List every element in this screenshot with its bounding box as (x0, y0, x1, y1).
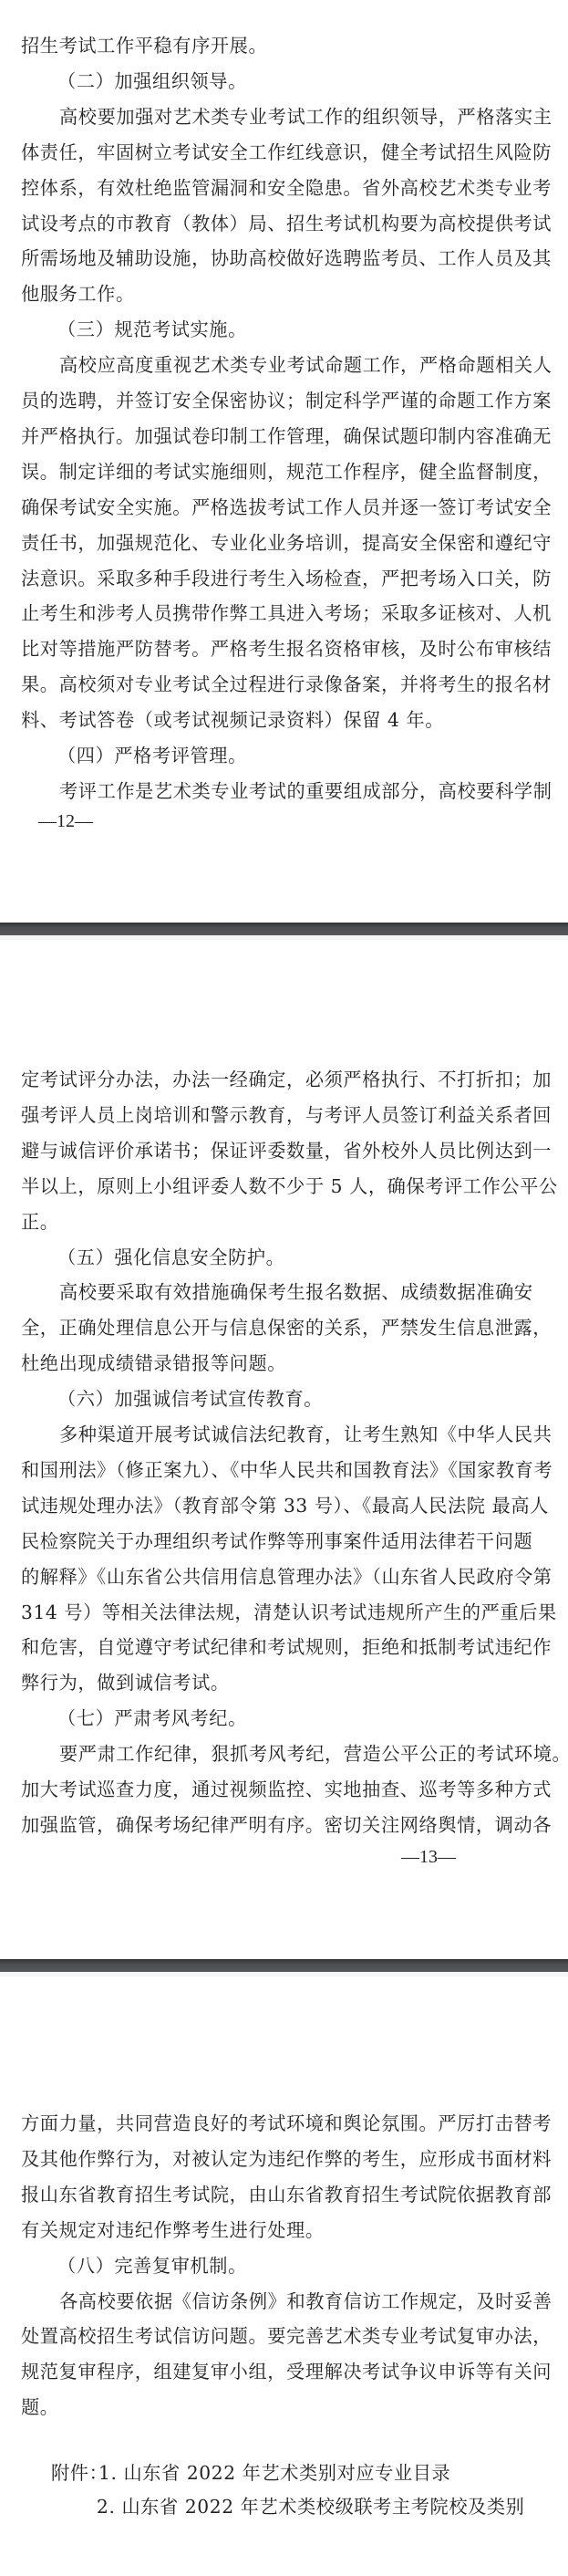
paragraph-line: 半以上，原则上小组评委人数不少于 5 人，确保考评工作公平公 (21, 1175, 558, 1197)
paragraph-line: 比对等措施严防替考。严格考生报名资格审核，及时公布审核结 (21, 638, 552, 660)
paragraph-line: 料、考试答卷（或考试视频记录资料）保留 4 年。 (21, 709, 444, 731)
paragraph-line: 及其他作弊行为，对被认定为违纪作弊的考生，应形成书面材料 (21, 2148, 552, 2170)
page-separator (0, 923, 568, 935)
paragraph-line: 有关规定对违纪作弊考生进行处理。 (21, 2219, 325, 2241)
paragraph-line: 避与诚信评价承诺书；保证评委数量，省外校外人员比例达到一 (21, 1140, 552, 1162)
paragraph-line: 全，正确处理信息公开与信息保密的关系，严禁发生信息泄露， (21, 1317, 552, 1339)
paragraph-line: 处置高校招生考试信访问题。要完善艺术类专业考试复审办法， (21, 2325, 552, 2347)
paragraph-line: 考评工作是艺术类专业考试的重要组成部分，高校要科学制 (59, 780, 552, 802)
paragraph-line: 果。高校须对专业考试全过程进行录像备案，并将考生的报名材 (21, 673, 552, 695)
paragraph-line: 所需场地及辅助设施，协助高校做好选聘监考员、工作人员及其 (21, 247, 552, 269)
paragraph-line: 招生考试工作平稳有序开展。 (21, 35, 267, 57)
page-12: 招生考试工作平稳有序开展。（二）加强组织领导。高校要加强对艺术类专业考试工作的组… (0, 0, 568, 923)
section-heading: （二）加强组织领导。 (57, 70, 247, 92)
paragraph-line: 各高校要依据《信访条例》和教育信访工作规定，及时妥善 (59, 2290, 552, 2312)
paragraph-line: 体责任，牢固树立考试安全工作红线意识，健全考试招生风险防 (21, 141, 552, 163)
paragraph-line: 止考生和涉考人员携带作弊工具进入考场；采取多证核对、人机 (21, 602, 552, 624)
paragraph-line: 高校应高度重视艺术类专业考试命题工作，严格命题相关人 (59, 354, 552, 376)
paragraph-line: 强考评人员上岗培训和警示教育，与考评人员签订利益关系者回 (21, 1104, 552, 1126)
page-number: —12— (38, 810, 93, 832)
page-separator (0, 1959, 568, 1972)
paragraph-line: 试设考点的市教育（教体）局、招生考试机构要为高校提供考试 (21, 213, 552, 235)
paragraph-line: 并严格执行。加强试卷印制工作管理，确保试题印制内容准确无 (21, 425, 552, 447)
paragraph-line: 弊行为，做到诚信考试。 (21, 1672, 230, 1694)
paragraph-line: 控体系，有效杜绝监管漏洞和安全隐患。省外高校艺术类专业考 (21, 177, 552, 199)
page-13: 定考试评分办法，办法一经确定，必须严格执行、不打折扣；加强考评人员上岗培训和警示… (0, 940, 568, 1959)
section-heading: （四）严格考评管理。 (57, 745, 247, 767)
paragraph-line: 多种渠道开展考试诚信法纪教育，让考生熟知《中华人民共 (59, 1424, 552, 1445)
section-heading: （五）强化信息安全防护。 (57, 1246, 284, 1268)
section-heading: （八）完善复审机制。 (57, 2255, 247, 2277)
paragraph-line: 加强监管，确保考场纪律严明有序。密切关注网络舆情，调动各 (21, 1814, 552, 1836)
paragraph-line: 的解释》《山东省公共信用信息管理办法》（山东省人民政府令第 (21, 1566, 553, 1588)
page-14: 方面力量，共同营造良好的考试环境和舆论氛围。严厉打击替考及其他作弊行为，对被认定… (0, 1976, 568, 2576)
paragraph-line: 和危害，自觉遵守考试纪律和考试规则，拒绝和抵制考试违纪作 (21, 1636, 552, 1658)
section-heading: （三）规范考试实施。 (57, 318, 247, 340)
paragraph-line: 314 号）等相关法律法规，清楚认识考试违规所产生的严重后果 (21, 1601, 557, 1623)
paragraph-line: 确保考试安全实施。严格选拔考试工作人员并逐一签订考试安全 (21, 496, 552, 518)
paragraph-line: 方面力量，共同营造良好的考试环境和舆论氛围。严厉打击替考 (21, 2112, 552, 2134)
paragraph-line: 定考试评分办法，办法一经确定，必须严格执行、不打折扣；加 (21, 1069, 552, 1090)
paragraph-line: 民检察院关于办理组织考试作弊等刑事案件适用法律若干问题 (21, 1530, 532, 1552)
paragraph-line: 员的选聘，并签订安全保密协议；制定科学严谨的命题工作方案 (21, 390, 552, 412)
section-heading: （七）严肃考风考纪。 (57, 1707, 247, 1729)
page-number: —13— (401, 1846, 456, 1868)
paragraph-line: 正。 (21, 1211, 59, 1233)
paragraph-line: 责任书，加强规范化、专业化业务培训，提高安全保密和遵纪守 (21, 532, 552, 554)
paragraph-line: 和国刑法》（修正案九）、《中华人民共和国教育法》《国家教育考 (21, 1459, 553, 1481)
section-heading: （六）加强诚信考试宣传教育。 (57, 1388, 323, 1410)
paragraph-line: 高校要采取有效措施确保考生报名数据、成绩数据准确安 (59, 1281, 533, 1303)
paragraph-line: 报山东省教育招生考试院，由山东省教育招生考试院依据教育部 (21, 2184, 552, 2206)
paragraph-line: 题。 (21, 2396, 59, 2418)
paragraph-line: 规范复审程序，组建复审小组，受理解决考试争议申诉等有关问 (21, 2361, 552, 2383)
attachment-item: 2. 山东省 2022 年艺术类校级联考主考院校及类别 (97, 2496, 524, 2518)
paragraph-line: 要严肃工作纪律，狠抓考风考纪，营造公平公正的考试环境。 (59, 1743, 568, 1765)
attachment-item: 1. 山东省 2022 年艺术类别对应专业目录 (98, 2462, 450, 2484)
paragraph-line: 法意识。采取多种手段进行考生入场检查，严把考场入口关，防 (21, 568, 552, 589)
paragraph-line: 他服务工作。 (21, 283, 135, 305)
paragraph-line: 杜绝出现成绩错录错报等问题。 (21, 1352, 286, 1374)
paragraph-line: 误。制定详细的考试实施细则，规范工作程序，健全监督制度， (21, 461, 552, 483)
paragraph-line: 高校要加强对艺术类专业考试工作的组织领导，严格落实主 (59, 106, 552, 128)
paragraph-line: 加大考试巡查力度，通过视频监控、实地抽查、巡考等多种方式 (21, 1778, 552, 1800)
paragraph-line: 试违规处理办法》（教育部令第 33 号）、《最高人民法院 最高人 (21, 1495, 549, 1517)
